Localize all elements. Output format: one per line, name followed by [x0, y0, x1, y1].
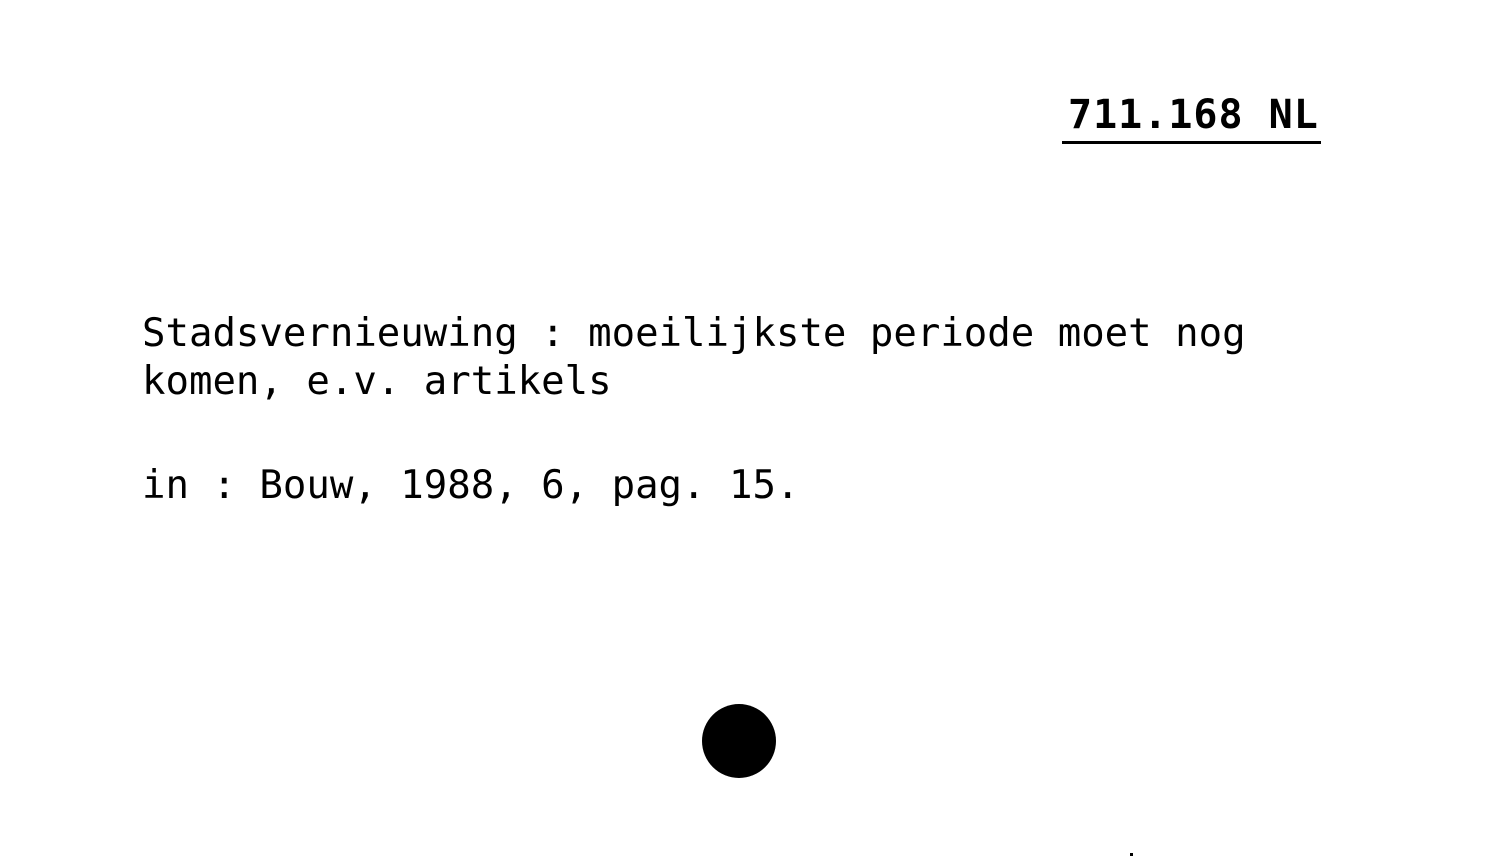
card-title: Stadsvernieuwing : moeilijkste periode m… — [142, 310, 1342, 406]
punch-hole-icon — [702, 704, 776, 778]
title-line-1: Stadsvernieuwing : moeilijkste periode m… — [142, 311, 1246, 356]
source-citation: in : Bouw, 1988, 6, pag. 15. — [142, 462, 799, 510]
call-number: 711.168 NL — [1062, 93, 1321, 144]
title-line-2: komen, e.v. artikels — [142, 359, 612, 404]
